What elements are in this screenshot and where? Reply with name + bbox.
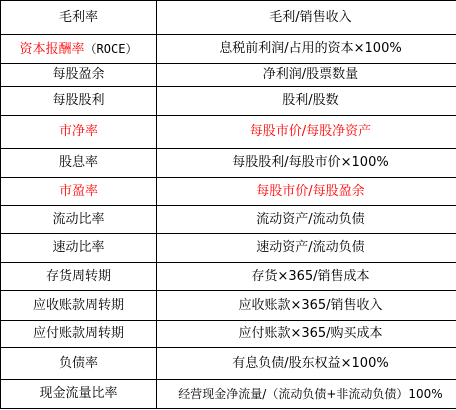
metric-name-highlight: 资本报酬率 [20, 42, 85, 57]
formula-cell: 流动资产/流动负债 [157, 206, 456, 234]
formula-cell: 应收账款×365/销售收入 [157, 291, 456, 321]
formula-cell: 每股市价/每股净资产 [157, 116, 456, 149]
formula-cell: 息税前利润/占用的资本×100% [157, 35, 456, 64]
metric-cell: 市净率 [1, 116, 157, 149]
table-row: 市净率 每股市价/每股净资产 [1, 116, 456, 149]
table-row: 每股股利 股利/股数 [1, 87, 456, 116]
formula-cell: 有息负债/股东权益×100% [157, 348, 456, 380]
metric-cell: 毛利率 [1, 1, 157, 35]
table-row: 速动比率 速动资产/流动负债 [1, 234, 456, 263]
table-row: 应收账款周转期 应收账款×365/销售收入 [1, 291, 456, 321]
financial-ratios-table: 毛利率 毛利/销售收入 资本报酬率（ROCE） 息税前利润/占用的资本×100%… [0, 0, 456, 409]
table-row: 资本报酬率（ROCE） 息税前利润/占用的资本×100% [1, 35, 456, 64]
metric-cell: 资本报酬率（ROCE） [1, 35, 157, 64]
formula-cell: 毛利/销售收入 [157, 1, 456, 35]
formula-cell: 应付账款×365/购买成本 [157, 321, 456, 348]
metric-cell: 市盈率 [1, 178, 157, 206]
table-row: 市盈率 每股市价/每股盈余 [1, 178, 456, 206]
metric-cell: 速动比率 [1, 234, 157, 263]
formula-cell: 每股市价/每股盈余 [157, 178, 456, 206]
formula-cell: 存货×365/销售成本 [157, 263, 456, 291]
metric-abbreviation: （ROCE） [85, 42, 138, 56]
metric-cell: 负债率 [1, 348, 157, 380]
table-row: 应付账款周转期 应付账款×365/购买成本 [1, 321, 456, 348]
formula-cell: 每股股利/每股市价×100% [157, 149, 456, 178]
table-row: 毛利率 毛利/销售收入 [1, 1, 456, 35]
metric-cell: 应收账款周转期 [1, 291, 157, 321]
formula-cell: 速动资产/流动负债 [157, 234, 456, 263]
table-row: 流动比率 流动资产/流动负债 [1, 206, 456, 234]
metric-cell: 流动比率 [1, 206, 157, 234]
table-row: 负债率 有息负债/股东权益×100% [1, 348, 456, 380]
metric-cell: 股息率 [1, 149, 157, 178]
formula-cell: 净利润/股票数量 [157, 64, 456, 87]
metric-cell: 应付账款周转期 [1, 321, 157, 348]
metric-cell: 每股盈余 [1, 64, 157, 87]
table-row: 股息率 每股股利/每股市价×100% [1, 149, 456, 178]
table-row: 存货周转期 存货×365/销售成本 [1, 263, 456, 291]
metric-cell: 存货周转期 [1, 263, 157, 291]
metric-cell: 每股股利 [1, 87, 157, 116]
metric-cell: 现金流量比率 [1, 380, 157, 409]
formula-cell: 股利/股数 [157, 87, 456, 116]
formula-cell: 经营现金净流量/（流动负债+非流动负债）100% [157, 380, 456, 409]
table-row: 现金流量比率 经营现金净流量/（流动负债+非流动负债）100% [1, 380, 456, 409]
table-row: 每股盈余 净利润/股票数量 [1, 64, 456, 87]
